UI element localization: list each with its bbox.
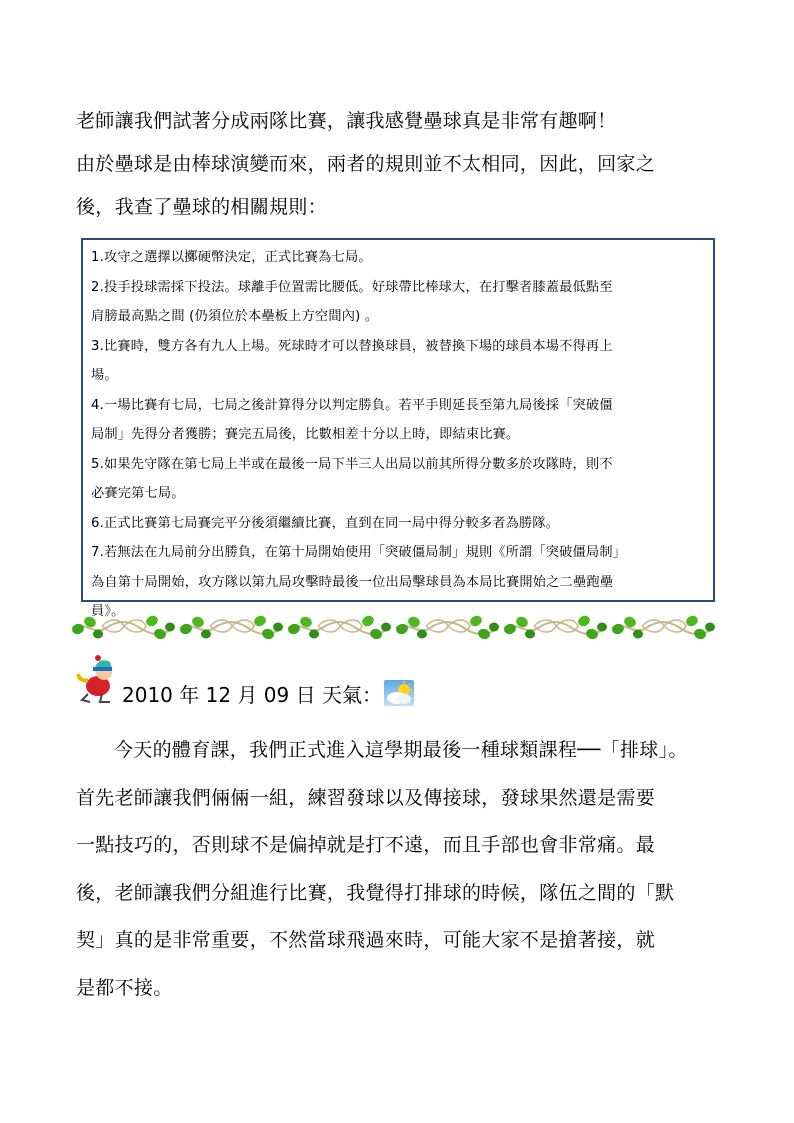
rule-line: 場。 bbox=[91, 361, 705, 391]
diary-date-heading: 2010 年 12 月 09 日 天氣： bbox=[122, 680, 414, 710]
intro-paragraph: 老師讓我們試著分成兩隊比賽，讓我感覺壘球真是非常有趣啊！ 由於壘球是由棒球演變而… bbox=[76, 100, 726, 229]
intro-line: 後，我查了壘球的相關規則： bbox=[76, 186, 726, 229]
rule-line: 6.正式比賽第七局賽完平分後須繼續比賽，直到在同一局中得分較多者為勝隊。 bbox=[91, 509, 705, 539]
entry-line: 契」真的是非常重要，不然當球飛過來時，可能大家不是搶著接，就 bbox=[76, 917, 726, 965]
diary-date-text: 2010 年 12 月 09 日 天氣： bbox=[122, 683, 382, 707]
rule-line: 5.如果先守隊在第七局上半或在最後一局下半三人出局以前其所得分數多於攻隊時，則不 bbox=[91, 450, 705, 480]
entry-line: 後，老師讓我們分組進行比賽，我覺得打排球的時候，隊伍之間的「默 bbox=[76, 870, 726, 918]
rule-line: 4.一場比賽有七局，七局之後計算得分以判定勝負。若平手則延長至第九局後採「突破僵 bbox=[91, 391, 705, 421]
rule-line: 肩膀最高點之間 (仍須位於本壘板上方空間內) 。 bbox=[91, 302, 705, 332]
ice-skater-icon bbox=[74, 652, 124, 706]
rule-line: 必賽完第七局。 bbox=[91, 479, 705, 509]
diary-entry-body: 今天的體育課，我們正式進入這學期最後一種球類課程──「排球」。 首先老師讓我們倆… bbox=[76, 727, 726, 1012]
partly-cloudy-weather-icon bbox=[384, 680, 414, 706]
rule-line: 2.投手投球需採下投法。球離手位置需比腰低。好球帶比棒球大，在打擊者膝蓋最低點至 bbox=[91, 273, 705, 303]
entry-line: 首先老師讓我們倆倆一組，練習發球以及傳接球，發球果然還是需要 bbox=[76, 775, 726, 823]
rule-line: 7.若無法在九局前分出勝負，在第十局開始使用「突破僵局制」規則《所謂「突破僵局制… bbox=[91, 538, 705, 568]
softball-rules-box: 1.攻守之選擇以擲硬幣決定，正式比賽為七局。 2.投手投球需採下投法。球離手位置… bbox=[81, 238, 715, 602]
vine-border-icon bbox=[72, 612, 724, 642]
entry-line: 今天的體育課，我們正式進入這學期最後一種球類課程──「排球」。 bbox=[76, 727, 726, 775]
entry-line: 一點技巧的，否則球不是偏掉就是打不遠，而且手部也會非常痛。最 bbox=[76, 822, 726, 870]
rule-line: 局制」先得分者獲勝；賽完五局後，比數相差十分以上時，即結束比賽。 bbox=[91, 420, 705, 450]
rule-line: 3.比賽時，雙方各有九人上場。死球時才可以替換球員，被替換下場的球員本場不得再上 bbox=[91, 332, 705, 362]
entry-line: 是都不接。 bbox=[76, 965, 726, 1013]
rule-line: 為自第十局開始，攻方隊以第九局攻擊時最後一位出局擊球員為本局比賽開始之二壘跑壘 bbox=[91, 568, 705, 598]
intro-line: 由於壘球是由棒球演變而來，兩者的規則並不太相同，因此，回家之 bbox=[76, 143, 726, 186]
rule-line: 1.攻守之選擇以擲硬幣決定，正式比賽為七局。 bbox=[91, 243, 705, 273]
intro-line: 老師讓我們試著分成兩隊比賽，讓我感覺壘球真是非常有趣啊！ bbox=[76, 100, 726, 143]
